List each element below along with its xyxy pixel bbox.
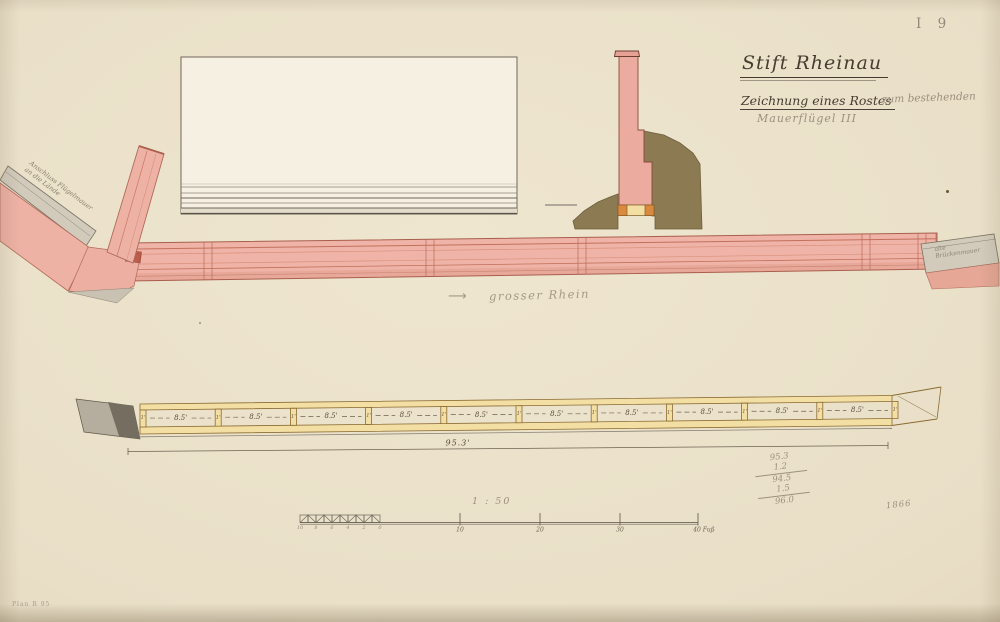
bay-dimension-label: 8.5' [400, 411, 413, 419]
crossbeam-dimension-label: 1' [216, 415, 221, 421]
crossbeam-dimension-label: 1' [140, 415, 145, 421]
scale-ratio-label: 1 : 50 [472, 496, 511, 507]
river-arrow-icon: ⟶ [448, 289, 467, 304]
bay-dimension-label: 8.5' [475, 411, 488, 419]
scale-block-label: 8 [314, 525, 317, 531]
bay-dimension-label: 8.5' [249, 413, 262, 421]
calculation-stack: 95.3 1.2 94.5 1.5 96.0 [747, 449, 817, 510]
river-label: grosser Rhein [489, 287, 590, 304]
bay-dimension-label: 8.5' [851, 406, 864, 414]
crossbeam-dimension-label: 1' [592, 410, 597, 416]
elevation-base-band [181, 208, 517, 214]
scale-block-label: 4 [346, 525, 349, 531]
wall-band-plan [127, 233, 937, 281]
page-title: Stift Rheinau [740, 52, 888, 78]
scale-block-label: 10 [297, 525, 303, 531]
scale-bar [300, 513, 698, 526]
scale-block-label: 6 [330, 525, 333, 531]
taper-bottom-line [892, 419, 937, 426]
crossbeam-dimension-label: 1' [817, 408, 822, 414]
earth-fill-left [573, 194, 618, 229]
scale-tick-label: 40 Fuß [693, 526, 715, 533]
taper-diagonal-cut [898, 396, 936, 417]
wall-cap-stone [615, 51, 640, 57]
total-dimension-label: 95.3' [445, 439, 470, 448]
crossbeam-dimension-label: 1' [667, 410, 672, 416]
bay-dimension-label: 8.5' [174, 414, 187, 422]
footing-block-left [618, 205, 627, 216]
rost-left-piece [76, 399, 140, 439]
bay-dimension-label: 8.5' [625, 409, 638, 417]
scanned-plan-sheet: I 9 Stift Rheinau Zeichnung eines Rostes… [0, 0, 1000, 622]
subtitle-row: Zeichnung eines Rostes [740, 93, 895, 110]
bay-dimension-label: 8.5' [776, 407, 789, 415]
crossbeam-dimension-label: 1' [516, 411, 521, 417]
title-second-underline [740, 80, 876, 81]
elevation-panel [181, 57, 517, 214]
scale-tick-label: 20 [536, 526, 544, 533]
bay-dimension-label: 8.5' [550, 410, 563, 418]
subline-pencil-note: Mauerflügel III [757, 112, 857, 125]
elevation-frame [181, 57, 517, 214]
rost-taper [892, 387, 941, 426]
scale-block-label: 2 [362, 525, 365, 531]
subtitle: Zeichnung eines Rostes [740, 93, 895, 110]
archive-mark: I 9 [916, 16, 952, 32]
crossbeam-dimension-label: 1' [366, 413, 371, 419]
bay-dimension-label: 8.5' [700, 408, 713, 416]
archive-corner-stamp: Plan R 95 [12, 601, 50, 608]
taper-top-line [892, 387, 941, 396]
paper-speck [946, 190, 949, 193]
scale-tick-label: 30 [616, 526, 624, 533]
paper-speck [199, 322, 201, 324]
footing-block-right [645, 205, 654, 216]
wall-section [619, 57, 652, 206]
crossbeam-dimension-label: 1' [742, 409, 747, 415]
total-dim-line [128, 446, 888, 452]
crossbeam-dimension-label: 1' [892, 407, 897, 413]
scale-tick-label: 10 [456, 526, 464, 533]
cross-section [545, 51, 702, 229]
scale-block-label: 0 [378, 525, 381, 531]
taper-end-line [937, 387, 941, 419]
bay-dimension-label: 8.5' [324, 412, 337, 420]
title-block: Stift Rheinau [740, 52, 888, 81]
crossbeam-dimension-label: 1' [291, 414, 296, 420]
crossbeam-dimension-label: 1' [441, 412, 446, 418]
